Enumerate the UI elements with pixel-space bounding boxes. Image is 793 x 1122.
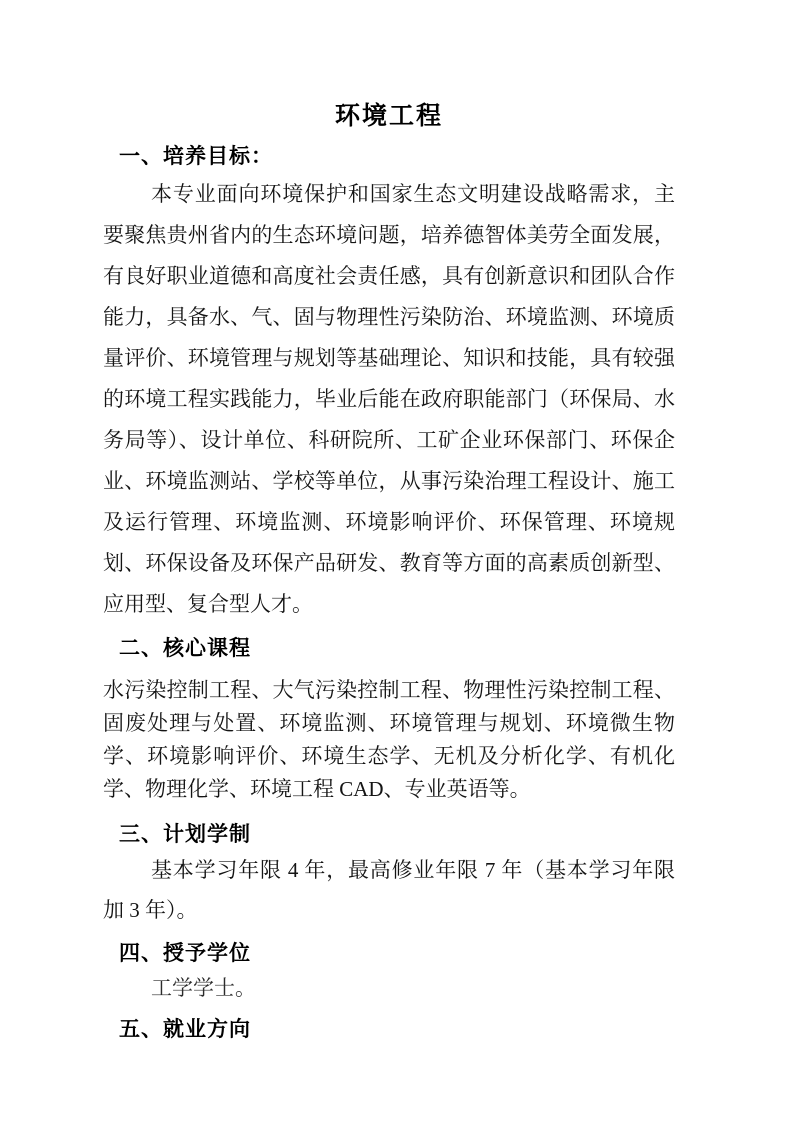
section-heading-core-courses: 二、核心课程	[103, 635, 675, 663]
section-heading-career-direction: 五、就业方向	[103, 1016, 675, 1044]
document-page: 环境工程 一、培养目标： 本专业面向环境保护和国家生态文明建设战略需求，主要聚焦…	[0, 0, 793, 1122]
paragraph-core-courses: 水污染控制工程、大气污染控制工程、物理性污染控制工程、固废处理与处置、环境监测、…	[103, 674, 675, 806]
paragraph-program-duration: 基本学习年限 4 年，最高修业年限 7 年（基本学习年限加 3 年）。	[103, 850, 675, 930]
paragraph-training-objectives: 本专业面向环境保护和国家生态文明建设战略需求，主要聚焦贵州省内的生态环境问题，培…	[103, 174, 675, 625]
section-heading-degree-conferred: 四、授予学位	[103, 940, 675, 968]
section-heading-training-objectives: 一、培养目标：	[103, 143, 675, 171]
paragraph-degree-conferred: 工学学士。	[103, 968, 675, 1008]
section-heading-program-duration: 三、计划学制	[103, 821, 675, 849]
document-title: 环境工程	[103, 101, 675, 131]
